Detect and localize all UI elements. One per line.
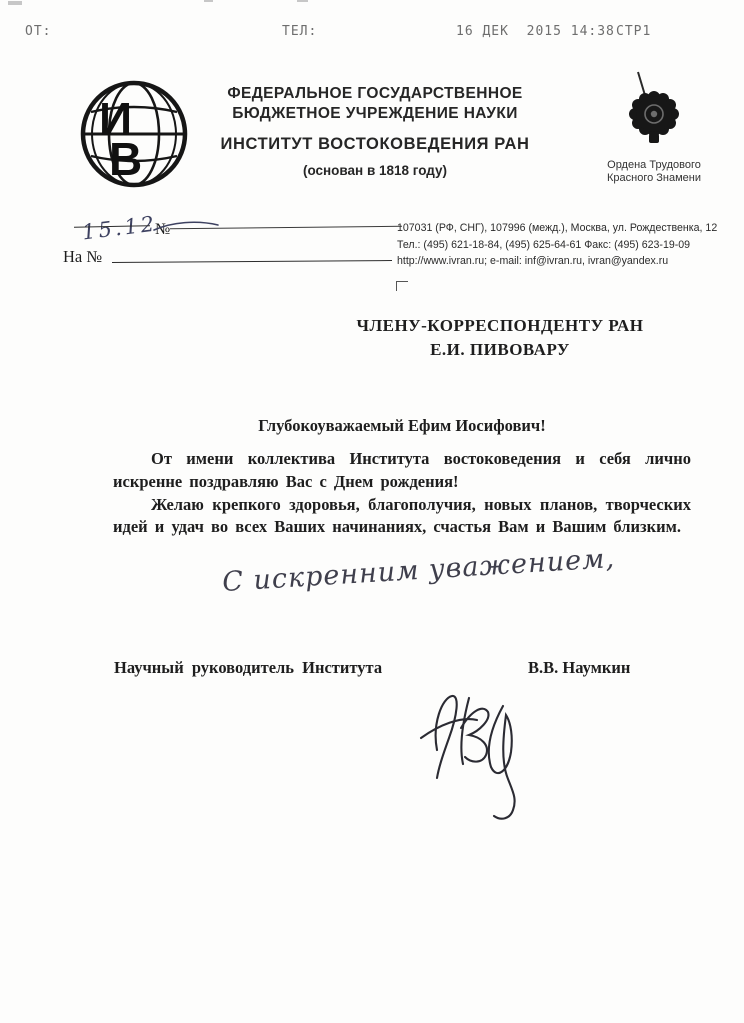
fax-page-number: СТР1 bbox=[616, 24, 651, 39]
recipient-line1: ЧЛЕНУ-КОРРЕСПОНДЕНТУ РАН bbox=[330, 314, 670, 338]
fax-datetime: 16 ДЕК 2015 14:38 bbox=[456, 24, 615, 39]
handwritten-signature-icon bbox=[413, 686, 541, 824]
letterhead-org-block: ФЕДЕРАЛЬНОЕ ГОСУДАРСТВЕННОЕ БЮДЖЕТНОЕ УЧ… bbox=[205, 84, 545, 178]
org-name-line2: БЮДЖЕТНОЕ УЧРЕЖДЕНИЕ НАУКИ bbox=[205, 104, 545, 124]
contact-web-email: http://www.ivran.ru; e-mail: inf@ivran.r… bbox=[397, 253, 742, 270]
award-caption-line2: Красного Знамени bbox=[578, 172, 730, 185]
award-block: Ордена Трудового Красного Знамени bbox=[578, 70, 730, 184]
founded-year: (основан в 1818 году) bbox=[205, 163, 545, 178]
scan-speck bbox=[8, 1, 22, 5]
salutation: Глубокоуважаемый Ефим Иосифович! bbox=[113, 416, 691, 436]
award-caption: Ордена Трудового Красного Знамени bbox=[578, 159, 730, 184]
award-caption-line1: Ордена Трудового bbox=[578, 159, 730, 172]
reply-underline bbox=[112, 260, 392, 263]
fax-from-label: ОТ: bbox=[25, 24, 51, 39]
handwritten-closing: С искренним уважением, bbox=[221, 545, 582, 598]
fax-tel-label: ТЕЛ: bbox=[282, 24, 317, 39]
institute-name: ИНСТИТУТ ВОСТОКОВЕДЕНИЯ РАН bbox=[205, 135, 545, 154]
institute-globe-logo-icon: И В bbox=[78, 78, 190, 190]
body-paragraph-2: Желаю крепкого здоровья, благополучия, н… bbox=[113, 494, 691, 540]
signer-name: В.В. Наумкин bbox=[528, 658, 630, 678]
recipient-line2: Е.И. ПИВОВАРУ bbox=[330, 338, 670, 362]
scan-speck bbox=[204, 0, 213, 2]
body-paragraph-1: От имени коллектива Института востоковед… bbox=[113, 448, 691, 494]
contact-address: 107031 (РФ, СНГ), 107996 (межд.), Москва… bbox=[397, 220, 742, 237]
signer-title: Научный руководитель Института bbox=[114, 658, 382, 678]
scanned-letter-page: ОТ: ТЕЛ: 16 ДЕК 2015 14:38 СТР1 И В ФЕДЕ… bbox=[0, 0, 744, 1023]
letter-body: От имени коллектива Института востоковед… bbox=[113, 448, 691, 539]
reply-to-number-label: На № bbox=[63, 247, 102, 267]
address-corner-mark bbox=[396, 281, 408, 291]
contact-phones: Тел.: (495) 621-18-84, (495) 625-64-61 Ф… bbox=[397, 237, 742, 254]
order-medal-icon bbox=[623, 70, 685, 154]
handwritten-date: 15.12 bbox=[81, 212, 158, 245]
logo-letter-v: В bbox=[109, 133, 142, 185]
scan-speck bbox=[297, 0, 308, 2]
pen-stroke-over-number bbox=[152, 216, 222, 236]
org-name-line1: ФЕДЕРАЛЬНОЕ ГОСУДАРСТВЕННОЕ bbox=[205, 84, 545, 104]
recipient-block: ЧЛЕНУ-КОРРЕСПОНДЕНТУ РАН Е.И. ПИВОВАРУ bbox=[330, 314, 670, 362]
contact-block: 107031 (РФ, СНГ), 107996 (межд.), Москва… bbox=[397, 220, 742, 270]
